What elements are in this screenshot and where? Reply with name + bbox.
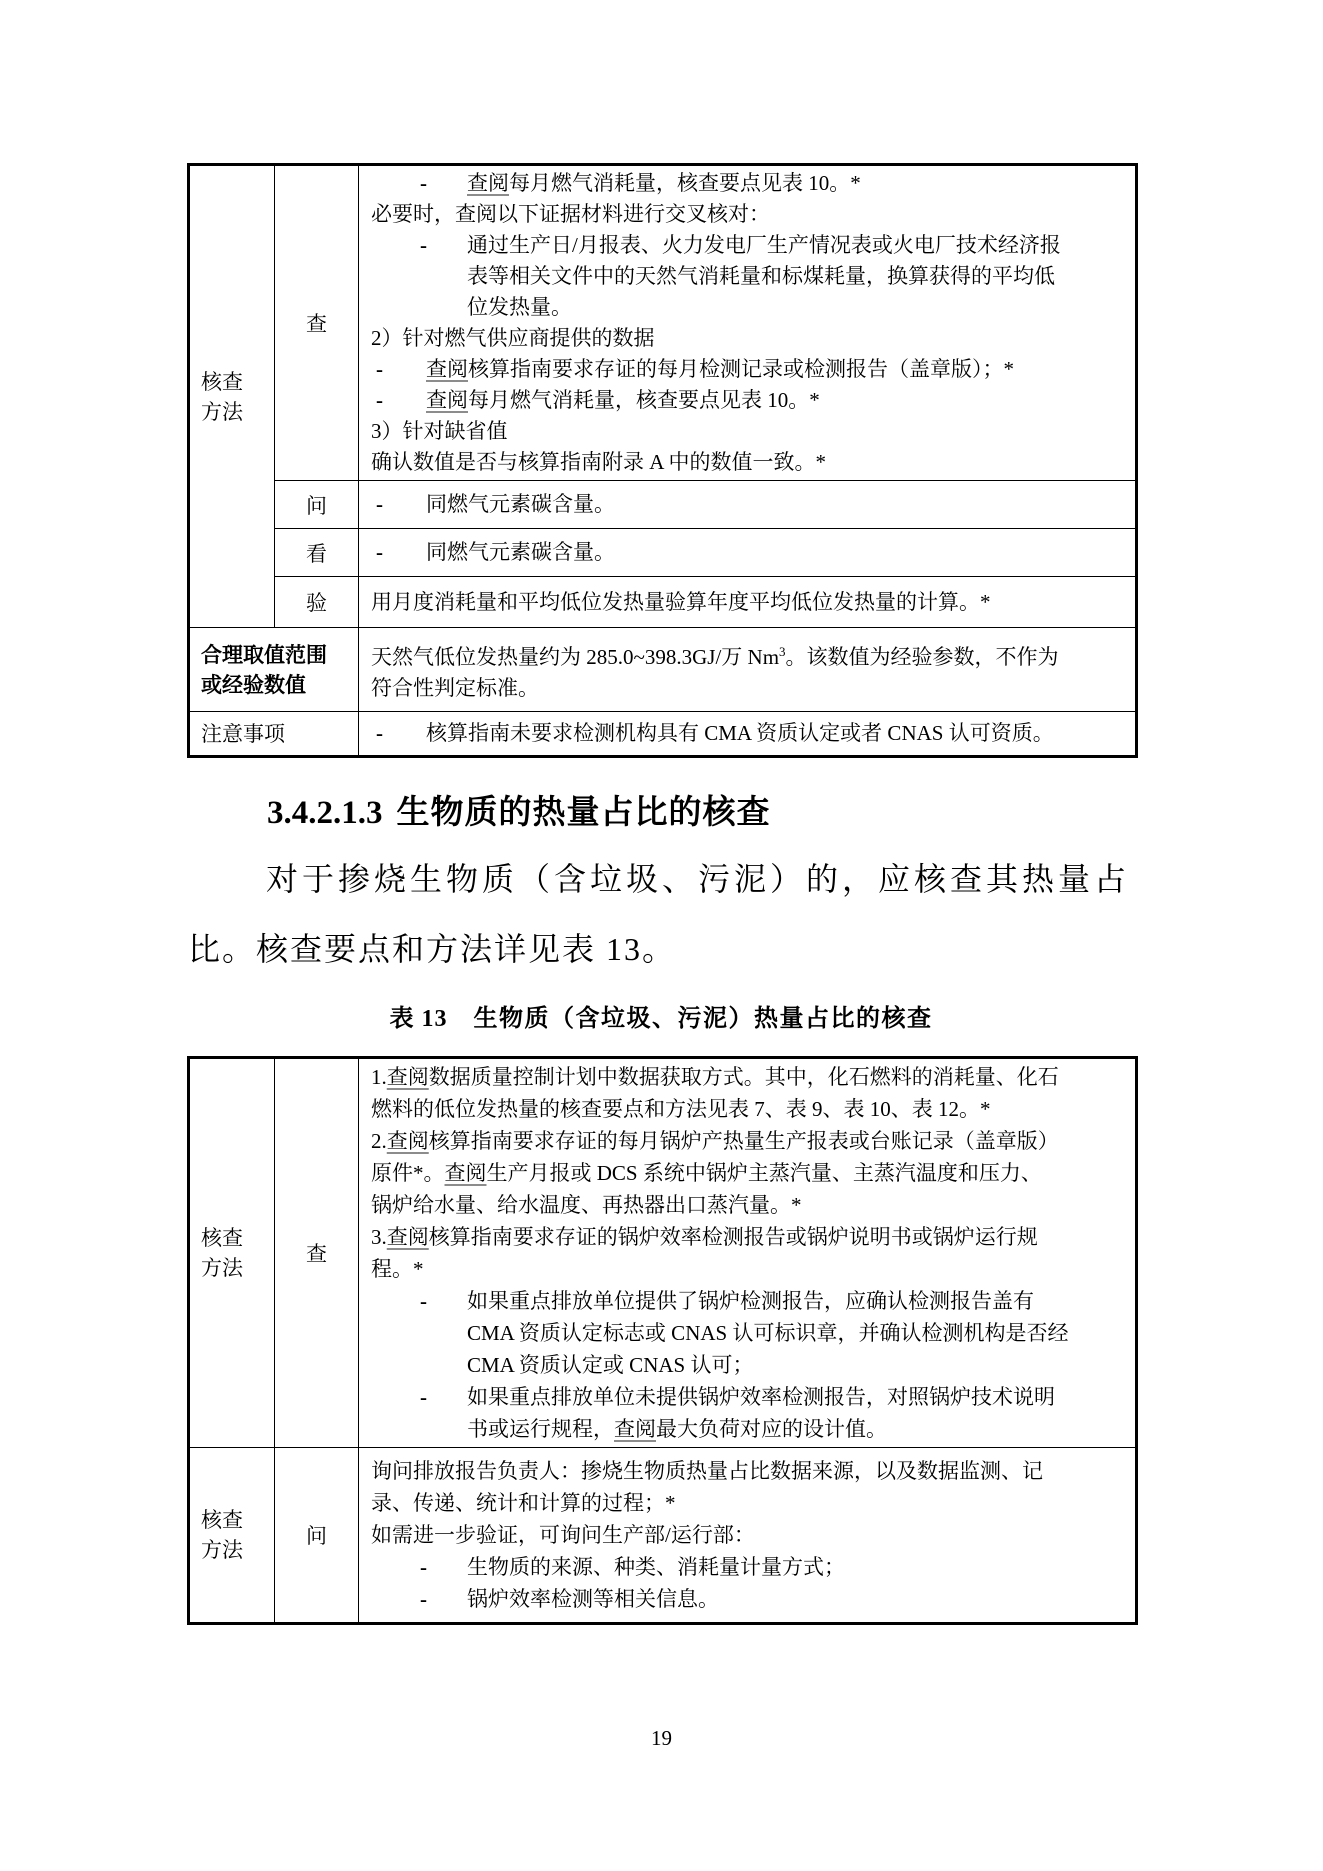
text-line: 位发热量。 xyxy=(371,292,1129,323)
underlined-text: 查阅 xyxy=(426,357,468,381)
bullet-dash: - xyxy=(420,168,427,199)
method-content-cell-yan: 用月度消耗量和平均低位发热量验算年度平均低位发热量的计算。* xyxy=(359,577,1137,628)
text-line: 天然气低位发热量约为 285.0~398.3GJ/万 Nm3。该数值为经验参数，… xyxy=(371,636,1129,673)
text-line: 3.查阅核算指南要求存证的锅炉效率检测报告或锅炉说明书或锅炉运行规 xyxy=(371,1221,1129,1253)
underlined-text: 查阅 xyxy=(387,1225,429,1249)
range-content-cell: 天然气低位发热量约为 285.0~398.3GJ/万 Nm3。该数值为经验参数，… xyxy=(359,628,1137,712)
text-line: 1.查阅数据质量控制计划中数据获取方式。其中，化石燃料的消耗量、化石 xyxy=(371,1061,1129,1093)
method-content-cell-wen: 询问排放报告负责人：掺烧生物质热量占比数据来源，以及数据监测、记录、传递、统计和… xyxy=(359,1448,1137,1624)
text-line: 用月度消耗量和平均低位发热量验算年度平均低位发热量的计算。* xyxy=(371,587,1129,618)
method-type-cell-yan: 验 xyxy=(275,577,359,628)
text-line: 原件*。查阅生产月报或 DCS 系统中锅炉主蒸汽量、主蒸汽温度和压力、 xyxy=(371,1157,1129,1189)
text-line: -生物质的来源、种类、消耗量计量方式； xyxy=(371,1551,1129,1583)
text-line: 必要时，查阅以下证据材料进行交叉核对： xyxy=(371,199,1129,230)
text-line: -查阅核算指南要求存证的每月检测记录或检测报告（盖章版）；* xyxy=(371,354,1129,385)
text-line: 核查 xyxy=(201,367,274,397)
notes-label-cell: 注意事项 xyxy=(189,712,359,757)
section-heading-title: 生物质的热量占比的核查 xyxy=(397,795,771,831)
text-line: 询问排放报告负责人：掺烧生物质热量占比数据来源，以及数据监测、记 xyxy=(371,1455,1129,1487)
table-row-check: 核查方法 查 -查阅每月燃气消耗量，核查要点见表 10。*必要时，查阅以下证据材… xyxy=(189,165,1137,481)
bullet-dash: - xyxy=(420,1285,427,1317)
paragraph-line: 对于掺烧生物质（含垃圾、污泥）的，应核查其热量占 xyxy=(266,854,1130,900)
table-row-look: 看 -同燃气元素碳含量。 xyxy=(189,529,1137,577)
method-type-cell-wen: 问 xyxy=(275,481,359,529)
table-row-check: 核查方法 查 1.查阅数据质量控制计划中数据获取方式。其中，化石燃料的消耗量、化… xyxy=(189,1058,1137,1448)
text-line: -锅炉效率检测等相关信息。 xyxy=(371,1583,1129,1615)
text-line: 表等相关文件中的天然气消耗量和标煤耗量，换算获得的平均低 xyxy=(371,261,1129,292)
text-line: CMA 资质认定标志或 CNAS 认可标识章，并确认检测机构是否经 xyxy=(371,1317,1129,1349)
page-number: 19 xyxy=(0,1726,1323,1751)
bullet-dash: - xyxy=(420,230,427,261)
gas-lhv-verification-table: 核查方法 查 -查阅每月燃气消耗量，核查要点见表 10。*必要时，查阅以下证据材… xyxy=(187,163,1138,758)
text-line: 方法 xyxy=(201,397,274,427)
underlined-text: 查阅 xyxy=(387,1065,429,1089)
bullet-dash: - xyxy=(376,385,383,416)
table-row-range: 合理取值范围或经验数值 天然气低位发热量约为 285.0~398.3GJ/万 N… xyxy=(189,628,1137,712)
text-line: 锅炉给水量、给水温度、再热器出口蒸汽量。* xyxy=(371,1189,1129,1221)
bullet-dash: - xyxy=(376,489,383,520)
table-row-ask: 核查方法 问 询问排放报告负责人：掺烧生物质热量占比数据来源，以及数据监测、记录… xyxy=(189,1448,1137,1624)
document-page: 核查方法 查 -查阅每月燃气消耗量，核查要点见表 10。*必要时，查阅以下证据材… xyxy=(0,0,1323,1871)
method-content-cell-cha: -查阅每月燃气消耗量，核查要点见表 10。*必要时，查阅以下证据材料进行交叉核对… xyxy=(359,165,1137,481)
text-line: 录、传递、统计和计算的过程；* xyxy=(371,1487,1129,1519)
underlined-text: 查阅 xyxy=(614,1417,656,1441)
text-line: -同燃气元素碳含量。 xyxy=(371,537,1129,568)
text-line: 2）针对燃气供应商提供的数据 xyxy=(371,323,1129,354)
text-line: -查阅每月燃气消耗量，核查要点见表 10。* xyxy=(371,168,1129,199)
bullet-dash: - xyxy=(420,1551,427,1583)
text-line: -通过生产日/月报表、火力发电厂生产情况表或火电厂技术经济报 xyxy=(371,230,1129,261)
bullet-dash: - xyxy=(420,1583,427,1615)
text-line: 方法 xyxy=(201,1535,274,1565)
text-line: 合理取值范围 xyxy=(201,640,358,670)
text-line: 核查 xyxy=(201,1505,274,1535)
method-type-cell-cha: 查 xyxy=(275,1058,359,1448)
table-row-notes: 注意事项 -核算指南未要求检测机构具有 CMA 资质认定或者 CNAS 认可资质… xyxy=(189,712,1137,757)
table-row-ask: 问 -同燃气元素碳含量。 xyxy=(189,481,1137,529)
table13-caption-label: 表 13 xyxy=(390,1006,448,1032)
method-header-cell: 核查方法 xyxy=(189,1058,275,1448)
text-line: 2.查阅核算指南要求存证的每月锅炉产热量生产报表或台账记录（盖章版） xyxy=(371,1125,1129,1157)
bullet-dash: - xyxy=(376,718,383,749)
method-type-cell-wen: 问 xyxy=(275,1448,359,1624)
table13-caption: 表 13生物质（含垃圾、污泥）热量占比的核查 xyxy=(187,998,1135,1033)
text-line: 确认数值是否与核算指南附录 A 中的数值一致。* xyxy=(371,447,1129,478)
biomass-heat-ratio-table: 核查方法 查 1.查阅数据质量控制计划中数据获取方式。其中，化石燃料的消耗量、化… xyxy=(187,1056,1138,1625)
notes-content-cell: -核算指南未要求检测机构具有 CMA 资质认定或者 CNAS 认可资质。 xyxy=(359,712,1137,757)
text-line: 燃料的低位发热量的核查要点和方法见表 7、表 9、表 10、表 12。* xyxy=(371,1093,1129,1125)
text-line: 3）针对缺省值 xyxy=(371,416,1129,447)
text-line: 注意事项 xyxy=(201,719,358,749)
text-line: -如果重点排放单位提供了锅炉检测报告，应确认检测报告盖有 xyxy=(371,1285,1129,1317)
text-line: 或经验数值 xyxy=(201,670,358,700)
superscript: 3 xyxy=(779,644,786,659)
text-line: 程。* xyxy=(371,1253,1129,1285)
bullet-dash: - xyxy=(376,354,383,385)
method-header-cell: 核查方法 xyxy=(189,165,275,628)
paragraph-line: 比。核查要点和方法详见表 13。 xyxy=(188,924,676,970)
bullet-dash: - xyxy=(420,1381,427,1413)
text-line: -查阅每月燃气消耗量，核查要点见表 10。* xyxy=(371,385,1129,416)
method-header-cell: 核查方法 xyxy=(189,1448,275,1624)
method-content-cell-wen: -同燃气元素碳含量。 xyxy=(359,481,1137,529)
underlined-text: 查阅 xyxy=(426,388,468,412)
text-line: 核查 xyxy=(201,1223,274,1253)
underlined-text: 查阅 xyxy=(467,171,509,195)
text-line: 符合性判定标准。 xyxy=(371,673,1129,704)
method-content-cell-cha: 1.查阅数据质量控制计划中数据获取方式。其中，化石燃料的消耗量、化石燃料的低位发… xyxy=(359,1058,1137,1448)
section-heading-number: 3.4.2.1.3 xyxy=(267,795,383,831)
range-label-cell: 合理取值范围或经验数值 xyxy=(189,628,359,712)
method-content-cell-kan: -同燃气元素碳含量。 xyxy=(359,529,1137,577)
table-row-verify: 验 用月度消耗量和平均低位发热量验算年度平均低位发热量的计算。* xyxy=(189,577,1137,628)
section-heading: 3.4.2.1.3生物质的热量占比的核查 xyxy=(267,786,771,833)
bullet-dash: - xyxy=(376,537,383,568)
method-type-cell-cha: 查 xyxy=(275,165,359,481)
text-line: -如果重点排放单位未提供锅炉效率检测报告，对照锅炉技术说明 xyxy=(371,1381,1129,1413)
underlined-text: 查阅 xyxy=(387,1129,429,1153)
table13-caption-title: 生物质（含垃圾、污泥）热量占比的核查 xyxy=(474,1006,933,1032)
underlined-text: 查阅 xyxy=(445,1161,487,1185)
method-type-cell-kan: 看 xyxy=(275,529,359,577)
text-line: 方法 xyxy=(201,1253,274,1283)
text-line: -同燃气元素碳含量。 xyxy=(371,489,1129,520)
text-line: CMA 资质认定或 CNAS 认可； xyxy=(371,1349,1129,1381)
text-line: 书或运行规程，查阅最大负荷对应的设计值。 xyxy=(371,1413,1129,1445)
text-line: 如需进一步验证，可询问生产部/运行部： xyxy=(371,1519,1129,1551)
text-line: -核算指南未要求检测机构具有 CMA 资质认定或者 CNAS 认可资质。 xyxy=(371,718,1129,749)
